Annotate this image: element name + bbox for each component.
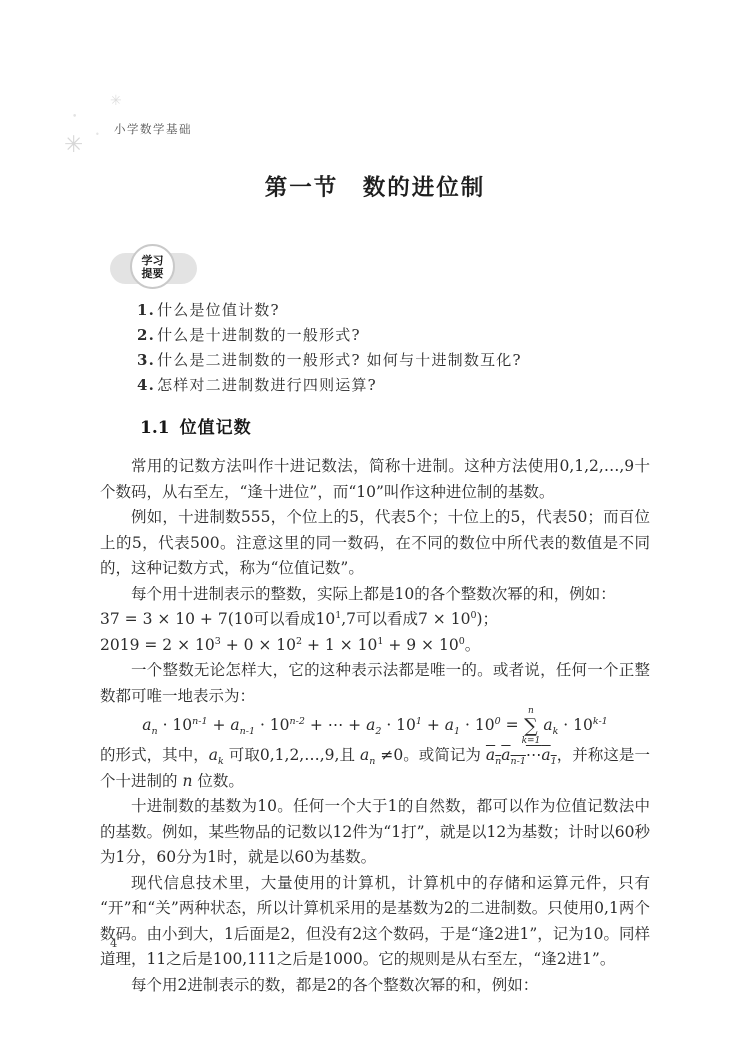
- overline-digit-group: anan-1⋯a1: [486, 746, 557, 764]
- notation-text-before: 的形式，其中，ak 可取0,1,2,…,9,且 an ≠0。或简记为: [100, 746, 486, 764]
- outline-item-text: 什么是十进制数的一般形式?: [157, 326, 361, 344]
- outline-item-text: 什么是二进制数的一般形式? 如何与十进制数互化?: [157, 351, 522, 369]
- outline-item: 1.什么是位值计数?: [137, 298, 650, 323]
- body-text: 常用的记数方法叫作十进记数法，简称十进制。这种方法使用0,1,2,…,9十个数码…: [100, 454, 650, 998]
- dot-icon: •: [95, 131, 100, 139]
- paragraph-powers-intro: 每个用十进制表示的整数，实际上都是10的各个整数次幂的和，例如：: [100, 582, 650, 608]
- study-outline-badge: 学习 提要: [108, 244, 200, 291]
- page-number: 4: [110, 936, 117, 950]
- badge-circle: 学习 提要: [130, 244, 175, 289]
- outline-item: 4.怎样对二进制数进行四则运算?: [137, 373, 650, 398]
- chapter-title: 第一节 数的进位制: [100, 170, 650, 202]
- outline-item-number: 4.: [137, 376, 155, 394]
- outline-item-number: 1.: [137, 301, 155, 319]
- equation-37: 37 = 3 × 10 + 7(10可以看成101,7可以看成7 × 100)；: [100, 607, 650, 633]
- outline-item-number: 2.: [137, 326, 155, 344]
- paragraph-base-examples: 十进制数的基数为10。任何一个大于1的自然数，都可以作为位值记数法中的基数。例如…: [100, 794, 650, 871]
- outline-item-text: 什么是位值计数?: [157, 301, 280, 319]
- outline-item-number: 3.: [137, 351, 155, 369]
- section-heading: 1.1位值记数: [140, 413, 650, 438]
- paragraph-uniqueness: 一个整数无论怎样大，它的这种表示法都是唯一的。或者说，任何一个正整数都可唯一地表…: [100, 658, 650, 709]
- general-form-formula: an · 10n-1 + an-1 · 10n-2 + ⋯ + a2 · 101…: [100, 709, 650, 743]
- badge-label-line2: 提要: [142, 267, 164, 280]
- section-title: 位值记数: [180, 418, 252, 438]
- paragraph-decimal-intro: 常用的记数方法叫作十进记数法，简称十进制。这种方法使用0,1,2,…,9十个数码…: [100, 454, 650, 505]
- badge-label-line1: 学习: [142, 254, 164, 267]
- book-page: ✳ ✳ • • 小学数学基础 第一节 数的进位制 学习 提要 1.什么是位值计数…: [0, 0, 750, 1050]
- snowflake-icon: ✳: [64, 134, 83, 157]
- outline-item: 2.什么是十进制数的一般形式?: [137, 323, 650, 348]
- paragraph-binary-powers-intro: 每个用2进制表示的数，都是2的各个整数次幂的和，例如：: [100, 973, 650, 999]
- section-number: 1.1: [140, 418, 170, 438]
- formula-lhs: an · 10n-1 + an-1 · 10n-2 + ⋯ + a2 · 101…: [142, 713, 518, 739]
- summation-symbol: n ∑ k=1: [522, 707, 541, 746]
- paragraph-555-example: 例如，十进制数555，个位上的5，代表5个；十位上的5，代表50；而百位上的5，…: [100, 505, 650, 582]
- outline-item: 3.什么是二进制数的一般形式? 如何与十进制数互化?: [137, 348, 650, 373]
- outline-item-text: 怎样对二进制数进行四则运算?: [157, 376, 377, 394]
- paragraph-binary-computers: 现代信息技术里，大量使用的计算机，计算机中的存储和运算元件，只有“开”和“关”两…: [100, 871, 650, 973]
- dot-icon: •: [72, 113, 77, 122]
- outline-list: 1.什么是位值计数? 2.什么是十进制数的一般形式? 3.什么是二进制数的一般形…: [137, 298, 650, 398]
- equation-2019: 2019 = 2 × 103 + 0 × 102 + 1 × 101 + 9 ×…: [100, 633, 650, 659]
- paragraph-notation: 的形式，其中，ak 可取0,1,2,…,9,且 an ≠0。或简记为 anan-…: [100, 743, 650, 794]
- sigma-icon: ∑: [524, 717, 538, 736]
- formula-rhs: ak · 10k-1: [543, 713, 607, 739]
- page-content: 第一节 数的进位制 学习 提要 1.什么是位值计数? 2.什么是十进制数的一般形…: [100, 0, 650, 998]
